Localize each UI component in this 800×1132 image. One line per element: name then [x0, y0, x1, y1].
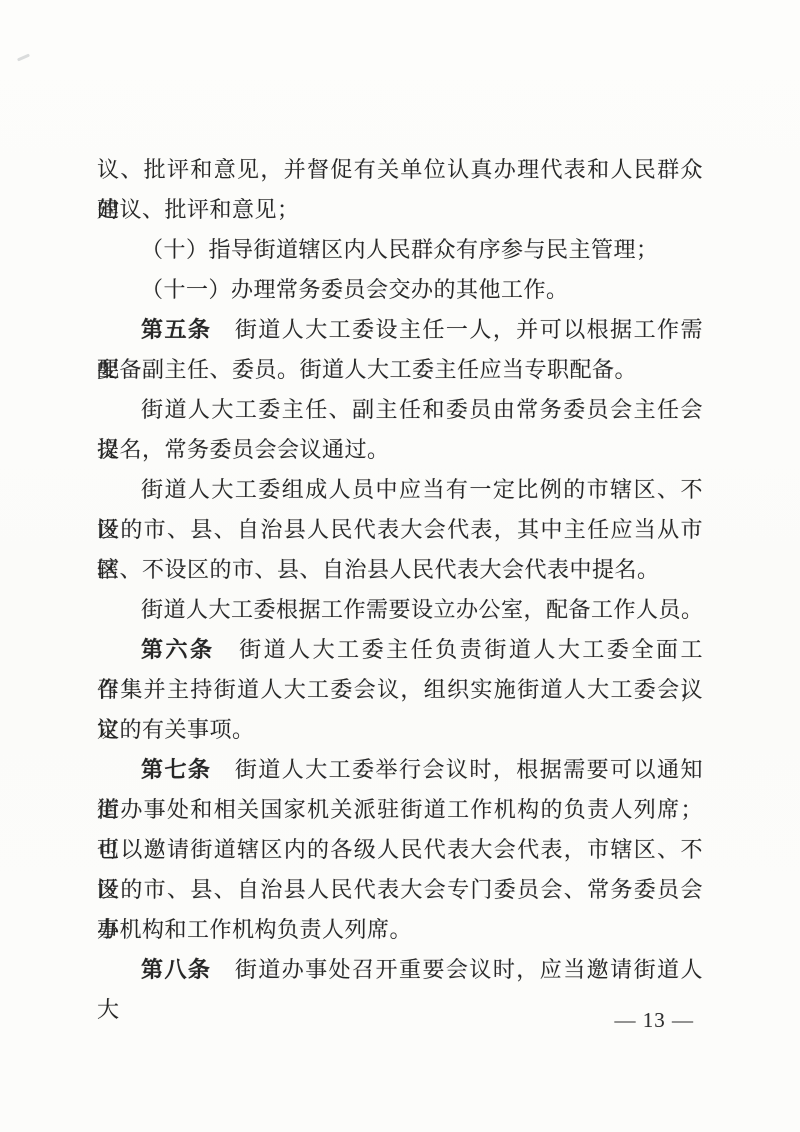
text-line: 第六条 街道人大工委主任负责街道人大工委全面工作，: [97, 630, 703, 670]
text-line: 道办事处和相关国家机关派驻街道工作机构的负责人列席；也: [97, 790, 703, 830]
text-line: 第八条 街道办事处召开重要会议时，应当邀请街道人大: [97, 950, 703, 990]
text-line: 配备副主任、委员。街道人大工委主任应当专职配备。: [97, 350, 703, 390]
article-number: 第六条: [141, 637, 215, 662]
article-number: 第五条: [141, 317, 211, 342]
scan-artifact: [17, 53, 30, 61]
body-text: 议、批评和意见，并督促有关单位认真办理代表和人民群众的 建议、批评和意见； （十…: [97, 150, 703, 990]
text-line: （十）指导街道辖区内人民群众有序参与民主管理；: [97, 230, 703, 270]
text-line: 街道人大工委组成人员中应当有一定比例的市辖区、不设: [97, 470, 703, 510]
text-line: 议、批评和意见，并督促有关单位认真办理代表和人民群众的: [97, 150, 703, 190]
text-line: 第七条 街道人大工委举行会议时，根据需要可以通知街: [97, 750, 703, 790]
text-line: 街道人大工委根据工作需要设立办公室，配备工作人员。: [97, 590, 703, 630]
text-line: 事机构和工作机构负责人列席。: [97, 910, 703, 950]
text-line: （十一）办理常务委员会交办的其他工作。: [97, 270, 703, 310]
text-line: 建议、批评和意见；: [97, 190, 703, 230]
text-line: 第五条 街道人大工委设主任一人，并可以根据工作需要: [97, 310, 703, 350]
text-line: 召集并主持街道人大工委会议，组织实施街道人大工委会议议: [97, 670, 703, 710]
text-line: 定的有关事项。: [97, 710, 703, 750]
text-line: 区、不设区的市、县、自治县人民代表大会代表中提名。: [97, 550, 703, 590]
article-number: 第八条: [141, 957, 211, 982]
text-line: 区的市、县、自治县人民代表大会专门委员会、常务委员会办: [97, 870, 703, 910]
text-line: 提名，常务委员会会议通过。: [97, 430, 703, 470]
text-line: 街道人大工委主任、副主任和委员由常务委员会主任会议: [97, 390, 703, 430]
text-line: 区的市、县、自治县人民代表大会代表，其中主任应当从市辖: [97, 510, 703, 550]
article-number: 第七条: [141, 757, 211, 782]
text-line: 可以邀请街道辖区内的各级人民代表大会代表，市辖区、不设: [97, 830, 703, 870]
document-page: 议、批评和意见，并督促有关单位认真办理代表和人民群众的 建议、批评和意见； （十…: [0, 0, 800, 1132]
page-number: — 13 —: [615, 1004, 695, 1036]
